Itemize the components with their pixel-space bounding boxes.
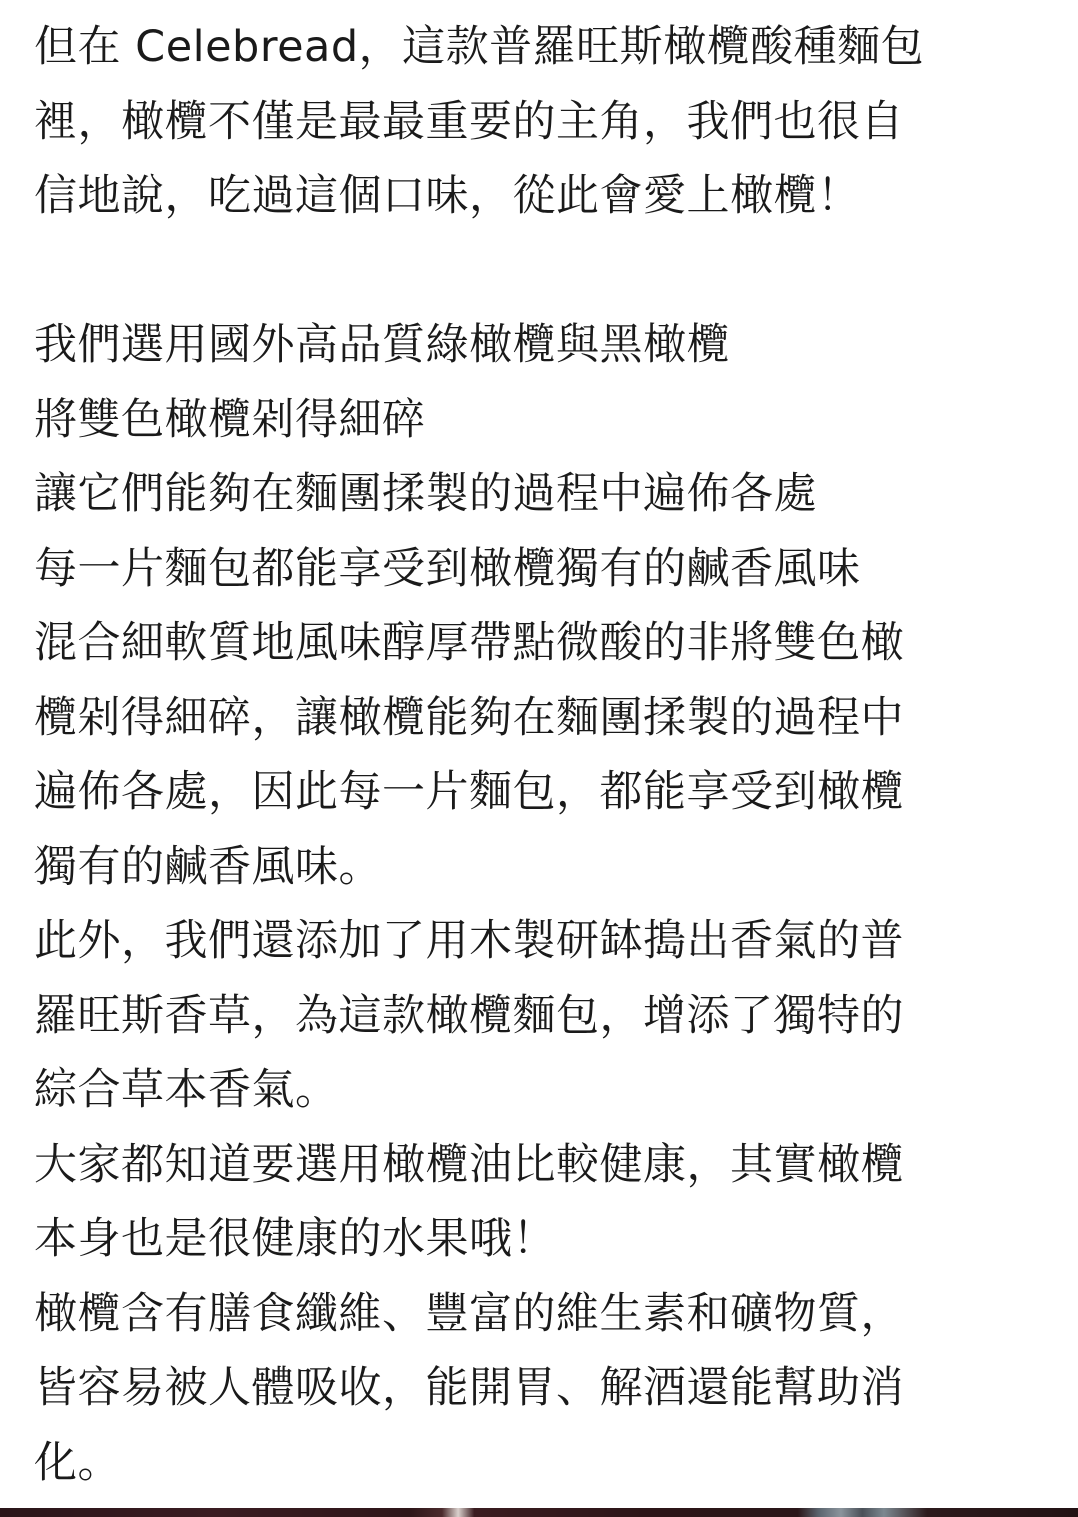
post-line: 信地說，吃過這個口味，從此會愛上橄欖！ (34, 159, 1044, 234)
post-line: 橄欖含有膳食纖維、豐富的維生素和礦物質， (34, 1277, 1044, 1352)
post-line: 獨有的鹹香風味。 (34, 830, 1044, 905)
post-line: 遍佈各處，因此每一片麵包，都能享受到橄欖 (34, 755, 1044, 830)
post-blank-line (34, 234, 1044, 309)
post-line: 我們選用國外高品質綠橄欖與黑橄欖 (34, 308, 1044, 383)
post-line: 羅旺斯香草，為這款橄欖麵包，增添了獨特的 (34, 979, 1044, 1054)
post-line: 綜合草本香氣。 (34, 1053, 1044, 1128)
post-line: 但在 Celebread，這款普羅旺斯橄欖酸種麵包 (34, 10, 1044, 85)
post-line: 化。 (34, 1426, 1044, 1501)
post-line: 大家都知道要選用橄欖油比較健康，其實橄欖 (34, 1128, 1044, 1203)
post-line: 此外，我們還添加了用木製研缽搗出香氣的普 (34, 904, 1044, 979)
post-line: 混合細軟質地風味醇厚帶點微酸的非將雙色橄 (34, 606, 1044, 681)
post-line: 每一片麵包都能享受到橄欖獨有的鹹香風味 (34, 532, 1044, 607)
post-body: 但在 Celebread，這款普羅旺斯橄欖酸種麵包 裡，橄欖不僅是最最重要的主角… (34, 10, 1044, 1500)
post-photo-edge[interactable] (0, 1508, 1078, 1517)
post-line: 裡，橄欖不僅是最最重要的主角，我們也很自 (34, 85, 1044, 160)
post-line: 本身也是很健康的水果哦！ (34, 1202, 1044, 1277)
post-line: 皆容易被人體吸收，能開胃、解酒還能幫助消 (34, 1351, 1044, 1426)
post-line: 將雙色橄欖剁得細碎 (34, 383, 1044, 458)
post-line: 讓它們能夠在麵團揉製的過程中遍佈各處 (34, 457, 1044, 532)
post-line: 欖剁得細碎，讓橄欖能夠在麵團揉製的過程中 (34, 681, 1044, 756)
